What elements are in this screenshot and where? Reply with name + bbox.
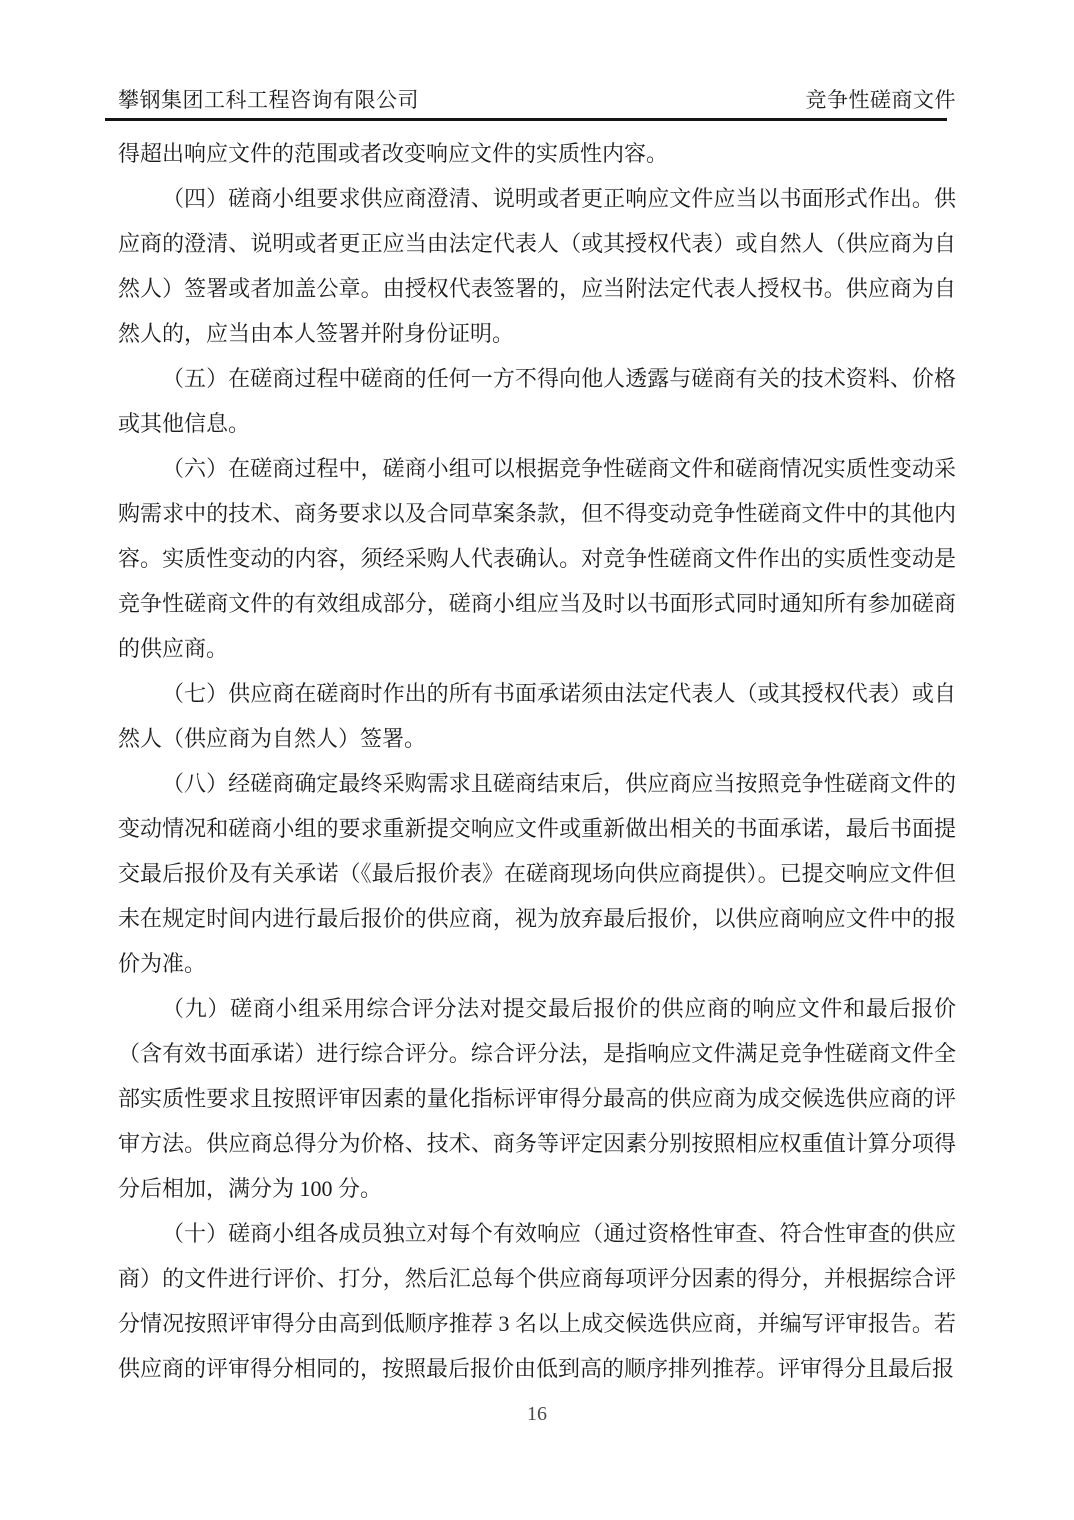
header-rule (105, 118, 947, 121)
paragraph-item-10: （十）磋商小组各成员独立对每个有效响应（通过资格性审查、符合性审查的供应商）的文… (118, 1211, 956, 1391)
page-header: 攀钢集团工科工程咨询有限公司 竞争性磋商文件 (118, 87, 956, 113)
document-page: 攀钢集团工科工程咨询有限公司 竞争性磋商文件 得超出响应文件的范围或者改变响应文… (0, 0, 1074, 1520)
paragraph-item-6: （六）在磋商过程中，磋商小组可以根据竞争性磋商文件和磋商情况实质性变动采购需求中… (118, 446, 956, 671)
paragraph-continuation: 得超出响应文件的范围或者改变响应文件的实质性内容。 (118, 131, 956, 176)
document-body: 得超出响应文件的范围或者改变响应文件的实质性内容。 （四）磋商小组要求供应商澄清… (118, 131, 956, 1391)
header-document-type: 竞争性磋商文件 (806, 87, 957, 113)
header-company-name: 攀钢集团工科工程咨询有限公司 (118, 87, 419, 113)
paragraph-item-8: （八）经磋商确定最终采购需求且磋商结束后，供应商应当按照竞争性磋商文件的变动情况… (118, 761, 956, 986)
page-number: 16 (0, 1401, 1074, 1427)
paragraph-item-5: （五）在磋商过程中磋商的任何一方不得向他人透露与磋商有关的技术资料、价格或其他信… (118, 356, 956, 446)
paragraph-item-7: （七）供应商在磋商时作出的所有书面承诺须由法定代表人（或其授权代表）或自然人（供… (118, 671, 956, 761)
paragraph-item-9: （九）磋商小组采用综合评分法对提交最后报价的供应商的响应文件和最后报价（含有效书… (118, 986, 956, 1211)
paragraph-item-4: （四）磋商小组要求供应商澄清、说明或者更正响应文件应当以书面形式作出。供应商的澄… (118, 176, 956, 356)
